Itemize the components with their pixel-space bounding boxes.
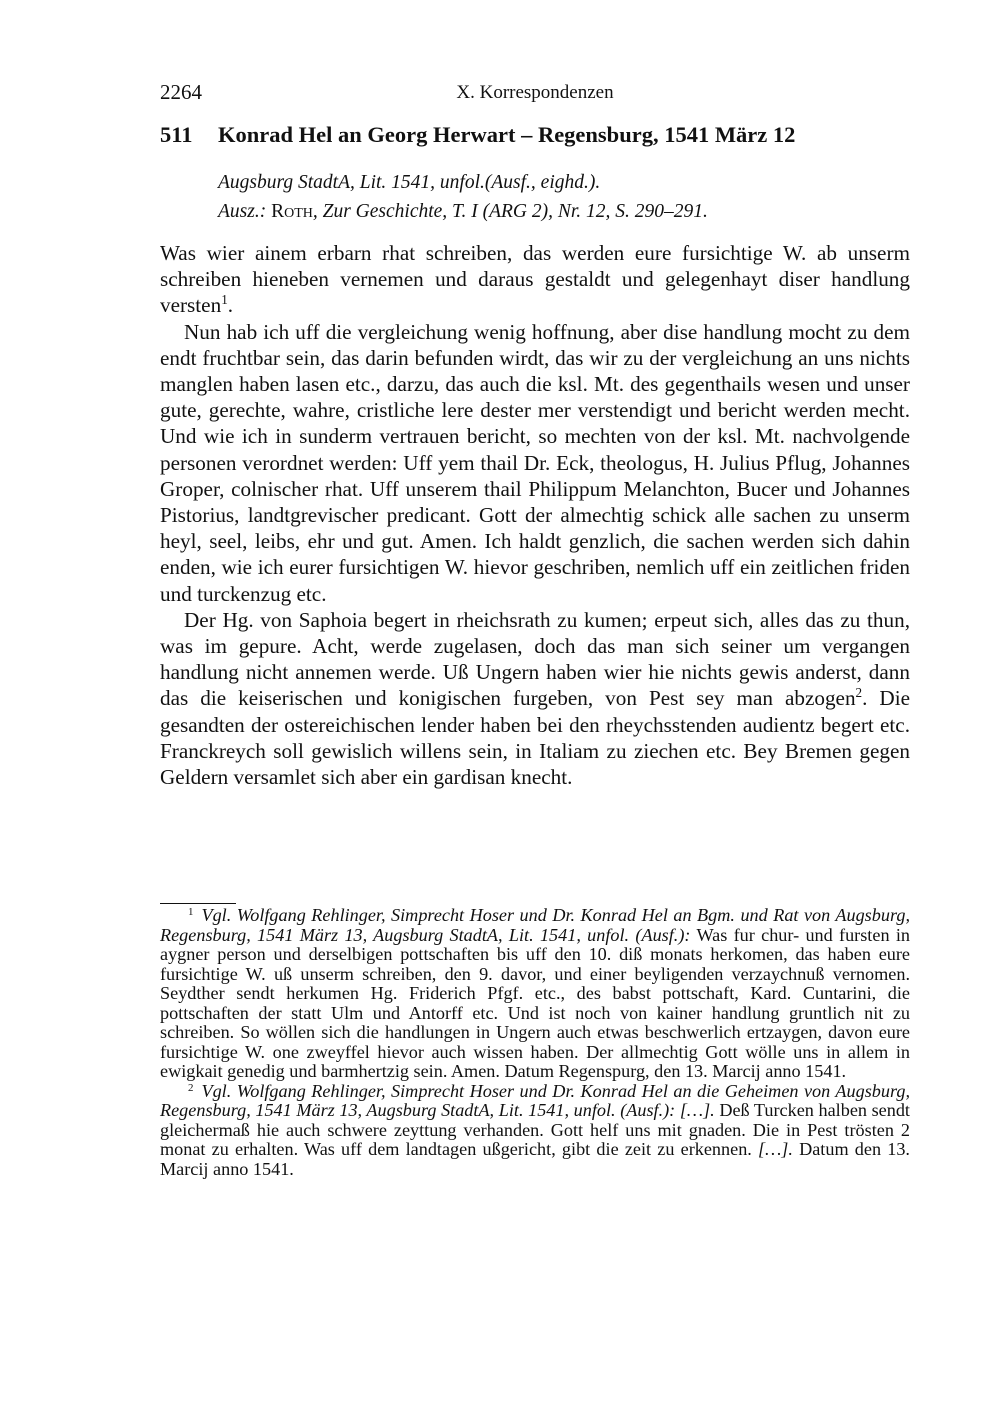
paragraph: Was wier ainem erbarn rhat schreiben, da… (160, 240, 910, 319)
footnote-mark: 2 (188, 1082, 193, 1094)
source-references: Augsburg StadtA, Lit. 1541, unfol.(Ausf.… (218, 168, 708, 226)
source-line-excerpt: Ausz.: Roth, Zur Geschichte, T. I (ARG 2… (218, 197, 708, 226)
page-header: 2264 X. Korrespondenzen (160, 80, 910, 106)
paragraph: Nun hab ich uff die vergleichung wenig h… (160, 319, 910, 607)
letter-body: Was wier ainem erbarn rhat schreiben, da… (160, 240, 910, 790)
footnote: 2Vgl. Wolfgang Rehlinger, Simprecht Hose… (160, 1082, 910, 1180)
footnote-ellipsis: […]. (758, 1139, 793, 1159)
document-title: 511Konrad Hel an Georg Herwart – Regensb… (160, 122, 920, 148)
running-head: X. Korrespondenzen (160, 82, 910, 104)
footnote-quote: Was fur chur- und fursten in aygner pers… (160, 925, 910, 1082)
source-line-archive: Augsburg StadtA, Lit. 1541, unfol.(Ausf.… (218, 168, 708, 197)
footnote: 1Vgl. Wolfgang Rehlinger, Simprecht Hose… (160, 906, 910, 1082)
document-number: 511 (160, 122, 218, 148)
author-smallcaps: Roth (271, 201, 313, 222)
footnote-divider (160, 903, 236, 904)
document-title-text: Konrad Hel an Georg Herwart – Regensburg… (218, 122, 795, 147)
footnotes: 1Vgl. Wolfgang Rehlinger, Simprecht Hose… (160, 906, 910, 1179)
paragraph: Der Hg. von Saphoia begert in rheichsrat… (160, 607, 910, 790)
footnote-mark: 1 (188, 906, 193, 918)
